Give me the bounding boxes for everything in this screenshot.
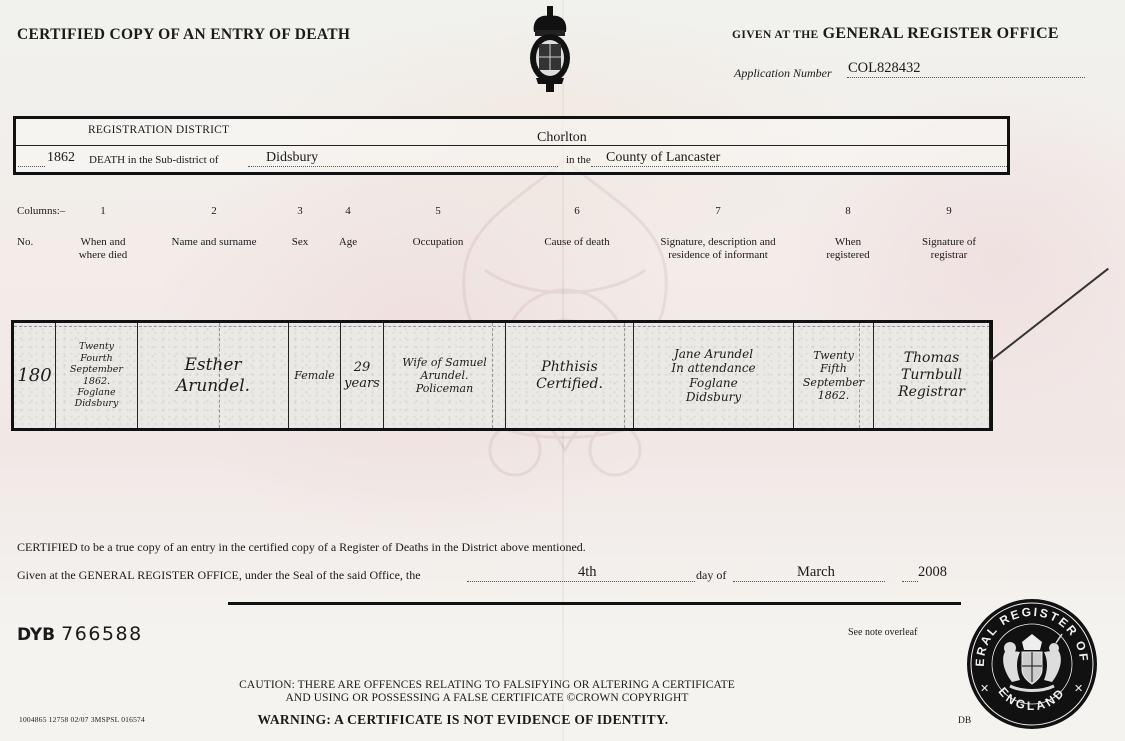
entry-informant: Jane Arundel In attendance Foglane Didsb…	[671, 347, 755, 405]
column-number-5: 5	[435, 205, 441, 217]
in-the-label: in the	[566, 154, 591, 166]
column-number-4: 4	[345, 205, 351, 217]
column-header-age: Age	[339, 236, 357, 249]
column-header-no: No.	[17, 236, 33, 248]
entry-when-where-died: Twenty Fourth September 1862. Foglane Di…	[70, 341, 123, 409]
application-number-dotted-line	[847, 77, 1085, 78]
caution-notice: CAUTION: THERE ARE OFFENCES RELATING TO …	[239, 679, 735, 705]
column-header-when-where-died: When and where died	[79, 236, 128, 262]
column-header-occupation: Occupation	[413, 236, 464, 249]
death-entry-row: 180 Twenty Fourth September 1862. Foglan…	[11, 320, 993, 431]
entry-cell-when-where: Twenty Fourth September 1862. Foglane Di…	[56, 323, 138, 428]
given-year: 2008	[918, 564, 947, 581]
entry-cause-of-death: Phthisis Certified.	[536, 359, 603, 393]
entry-age: 29 years	[344, 360, 380, 391]
dotted-line	[591, 166, 1007, 167]
column-header-when-registered: When registered	[826, 236, 869, 262]
application-number-label: Application Number	[734, 66, 832, 80]
column-number-2: 2	[211, 205, 217, 217]
day-of-label: day of	[696, 568, 726, 583]
entry-sex: Female	[294, 369, 335, 382]
entry-cell-sex: Female	[289, 323, 341, 428]
certified-statement: CERTIFIED to be a true copy of an entry …	[17, 540, 586, 555]
column-header-informant: Signature, description and residence of …	[660, 236, 775, 262]
dotted-line	[248, 166, 558, 167]
given-statement: Given at the GENERAL REGISTER OFFICE, un…	[17, 568, 421, 583]
entry-name: Esther Arundel.	[176, 355, 250, 396]
dashed-guide	[624, 323, 625, 428]
entry-no: 180	[17, 365, 51, 387]
entry-cell-age: 29 years	[341, 323, 384, 428]
caution-line-1: CAUTION: THERE ARE OFFENCES RELATING TO …	[239, 679, 735, 692]
entry-registrar: Thomas Turnbull Registrar	[898, 350, 965, 400]
column-header-registrar-signature: Signature of registrar	[922, 236, 976, 262]
dotted-line	[18, 166, 45, 167]
royal-crest-icon	[526, 4, 574, 94]
column-number-6: 6	[574, 205, 580, 217]
sub-district-value: Didsbury	[266, 150, 318, 166]
serial-prefix: DYB	[17, 625, 55, 645]
see-note-overleaf: See note overleaf	[848, 627, 917, 638]
svg-text:✕: ✕	[980, 683, 989, 695]
dotted-line	[733, 581, 885, 582]
sub-district-label: DEATH in the Sub-district of	[89, 154, 219, 166]
column-header-cause-of-death: Cause of death	[544, 236, 609, 249]
county-value: County of Lancaster	[606, 150, 720, 166]
certificate-title: CERTIFIED COPY OF AN ENTRY OF DEATH	[17, 26, 350, 44]
dashed-guide	[219, 323, 220, 428]
entry-cell-registrar: Thomas Turnbull Registrar	[874, 323, 990, 428]
column-number-7: 7	[715, 205, 721, 217]
serial-number: 766588	[61, 623, 143, 645]
column-number-3: 3	[297, 205, 303, 217]
dashed-guide	[859, 323, 860, 428]
svg-text:✕: ✕	[1074, 683, 1083, 695]
entry-cell-cause: Phthisis Certified.	[506, 323, 634, 428]
signature-rule	[228, 602, 961, 605]
registration-district-label: REGISTRATION DISTRICT	[88, 124, 229, 136]
columns-label: Columns:–	[17, 205, 65, 217]
given-day: 4th	[578, 564, 597, 581]
dashed-guide	[492, 323, 493, 428]
entry-occupation: Wife of Samuel Arundel. Policeman	[402, 356, 487, 396]
identity-warning: WARNING: A CERTIFICATE IS NOT EVIDENCE O…	[258, 712, 669, 728]
registration-district-box: REGISTRATION DISTRICT Chorlton 1862 DEAT…	[13, 116, 1010, 175]
given-month: March	[797, 564, 835, 581]
column-number-1: 1	[100, 205, 106, 217]
entry-when-registered: Twenty Fifth September 1862.	[803, 349, 864, 402]
column-header-sex: Sex	[292, 236, 309, 249]
entry-cell-occupation: Wife of Samuel Arundel. Policeman	[384, 323, 506, 428]
dotted-line	[902, 581, 918, 582]
entry-cell-when-registered: Twenty Fifth September 1862.	[794, 323, 874, 428]
column-header-name: Name and surname	[172, 236, 257, 249]
registration-year: 1862	[47, 150, 75, 166]
print-code: 1004865 12758 02/07 3MSPSL 016574	[19, 715, 145, 724]
office-name: GENERAL REGISTER OFFICE	[823, 25, 1059, 42]
application-number-value: COL828432	[848, 60, 921, 77]
application-number-row: Application Number COL828432	[734, 66, 832, 81]
district-divider	[16, 145, 1007, 146]
caution-line-2: AND USING OR POSSESSING A FALSE CERTIFIC…	[239, 692, 735, 705]
column-number-9: 9	[946, 205, 952, 217]
entry-cell-informant: Jane Arundel In attendance Foglane Didsb…	[634, 323, 794, 428]
dotted-line	[467, 581, 695, 582]
title-prefix: GIVEN AT THE	[732, 29, 819, 41]
column-number-8: 8	[845, 205, 851, 217]
registration-district-value: Chorlton	[537, 130, 587, 146]
issuing-office-title: GIVEN AT THE GENERAL REGISTER OFFICE	[732, 25, 1059, 43]
certificate-serial: DYB766588	[17, 623, 143, 645]
entry-cell-name: Esther Arundel.	[138, 323, 289, 428]
entry-cell-no: 180	[14, 323, 56, 428]
general-register-office-seal-icon: GENERAL REGISTER OFFICE ENGLAND ✕ ✕	[966, 598, 1098, 730]
